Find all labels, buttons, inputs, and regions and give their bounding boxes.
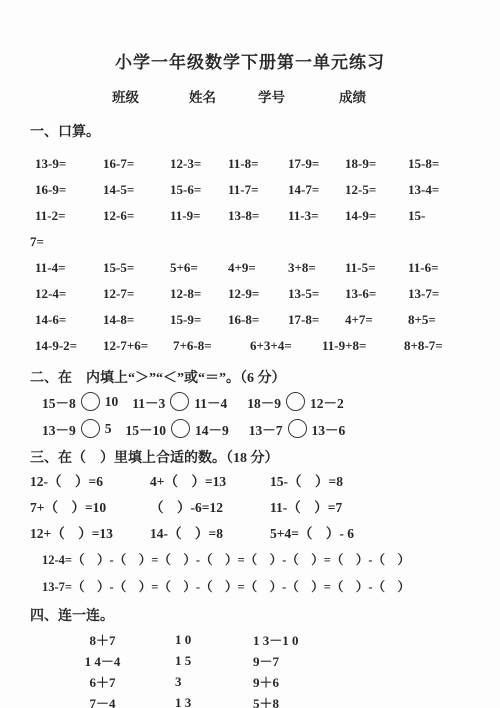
equation: 11-5= xyxy=(345,260,408,276)
comparison-left: 15－8 xyxy=(42,392,76,412)
match-left-item: 7－4 xyxy=(55,692,150,708)
equation: 8+5= xyxy=(408,312,500,328)
comparison-item: 11－3 11－4 xyxy=(132,392,227,412)
fill-blank-item: 7+（ ）=10 xyxy=(30,496,150,516)
page-title: 小学一年级数学下册第一单元练习 xyxy=(0,48,500,73)
equation: 13-5= xyxy=(288,286,345,302)
equation-row: 11-2= 12-6= 11-9= 13-8= 11-3= 14-9= 15- xyxy=(0,203,500,229)
fill-blank-item: 5+4=（ ）- 6 xyxy=(270,522,500,542)
comparison-circle xyxy=(81,392,100,411)
equation: 11-3= xyxy=(288,208,345,224)
equation: 12-4= xyxy=(35,286,103,302)
equation: 16-7= xyxy=(103,156,170,172)
equation: 16-8= xyxy=(228,312,288,328)
equation: 15-5= xyxy=(103,260,170,276)
fill-blank-item: 12-（ ）=6 xyxy=(30,470,150,490)
equation: 13-6= xyxy=(345,286,408,302)
equation: 18-9= xyxy=(345,156,408,172)
equation-row: 11-4= 15-5= 5+6= 4+9= 3+8= 11-5= 11-6= xyxy=(0,255,500,281)
match-middle-item: 1 0 xyxy=(150,629,235,650)
fill-blank-item: 15-（ ）=8 xyxy=(270,470,500,490)
fill-blank-chain: 12-4=（ ）-（ ）=（ ）-（ ）=（ ）-（ ）=（ ）-（ ） xyxy=(0,545,500,572)
name-label: 姓名 xyxy=(189,86,216,106)
comparison-right: 14－9 xyxy=(195,419,229,439)
equation: 7+6-8= xyxy=(173,338,250,354)
equation: 11-8= xyxy=(228,156,288,172)
comparison-item: 15－8 10 xyxy=(42,392,118,412)
equation: 11-7= xyxy=(228,182,288,198)
fill-blank-chain: 13-7=（ ）-（ ）=（ ）-（ ）=（ ）-（ ）=（ ）-（ ） xyxy=(0,572,500,599)
equation: 14-6= xyxy=(35,312,103,328)
comparison-right: 13－6 xyxy=(312,419,346,439)
equation: 14-7= xyxy=(288,182,345,198)
comparison-item: 13－9 5 xyxy=(42,419,112,439)
worksheet-page: 小学一年级数学下册第一单元练习 班级 姓名 学号 成绩 一、口算。 13-9= … xyxy=(0,0,500,708)
equation: 12-9= xyxy=(228,286,288,302)
equation: 3+8= xyxy=(288,260,345,276)
equation-row: 7= xyxy=(0,229,500,255)
comparison-right: 11－4 xyxy=(194,392,227,412)
equation: 13-8= xyxy=(228,208,288,224)
equation: 12-5= xyxy=(345,182,408,198)
comparison-circle xyxy=(171,419,190,438)
equation: 11-9= xyxy=(170,208,228,224)
fill-blank-item: 12+（ ）=13 xyxy=(30,522,150,542)
comparison-left: 15－10 xyxy=(126,419,167,439)
equation: 8+8-7= xyxy=(404,338,500,354)
comparison-right: 10 xyxy=(105,394,119,410)
section4-heading: 四、连一连。 xyxy=(0,605,500,625)
match-right-item: 9＋6 xyxy=(235,671,500,692)
comparison-circle xyxy=(170,392,189,411)
fill-blank-item: （ ）-6=12 xyxy=(150,496,270,516)
fill-blank-item: 11-（ ）=7 xyxy=(270,496,500,516)
oral-calculation-block: 13-9= 16-7= 12-3= 11-8= 17-9= 18-9= 15-8… xyxy=(0,151,500,359)
equation: 4+7= xyxy=(345,312,408,328)
student-number-label: 学号 xyxy=(258,86,285,106)
equation: 15-9= xyxy=(170,312,228,328)
comparison-left: 11－3 xyxy=(132,392,165,412)
equation: 14-5= xyxy=(103,182,170,198)
match-middle-item: 1 5 xyxy=(150,650,235,671)
match-left-item: 1 4－4 xyxy=(55,650,150,671)
fill-blank-item: 4+（ ）=13 xyxy=(150,470,270,490)
equation: 12-7= xyxy=(103,286,170,302)
equation: 14-9= xyxy=(345,208,408,224)
match-right-item: 9－7 xyxy=(235,650,500,671)
equation: 11-6= xyxy=(408,260,500,276)
class-label: 班级 xyxy=(112,86,139,106)
equation: 13-4= xyxy=(408,182,500,198)
equation: 12-7+6= xyxy=(103,338,173,354)
match-right-item: 1 3－1 0 xyxy=(235,629,500,650)
comparison-row: 13－9 5 15－10 14－9 13－7 13－6 xyxy=(0,416,500,441)
equation: 13-9= xyxy=(35,156,103,172)
equation: 6+3+4= xyxy=(250,338,322,354)
equation-row: 14-9-2= 12-7+6= 7+6-8= 6+3+4= 11-9+8= 8+… xyxy=(0,333,500,359)
comparison-left: 13－9 xyxy=(42,419,76,439)
match-left-item: 6＋7 xyxy=(55,671,150,692)
equation: 12-3= xyxy=(170,156,228,172)
equation: 11-9+8= xyxy=(322,338,404,354)
equation: 14-9-2= xyxy=(35,338,103,354)
equation-row: 16-9= 14-5= 15-6= 11-7= 14-7= 12-5= 13-4… xyxy=(0,177,500,203)
fill-blank-item: 14-（ ）=8 xyxy=(150,522,270,542)
equation: 12-8= xyxy=(170,286,228,302)
section2-heading: 二、在 内填上“＞”“＜”或“＝”。（6 分） xyxy=(0,367,500,387)
equation: 16-9= xyxy=(35,182,103,198)
equation-row: 12-4= 12-7= 12-8= 12-9= 13-5= 13-6= 13-7… xyxy=(0,281,500,307)
equation: 5+6= xyxy=(170,260,228,276)
comparison-item: 13－7 13－6 xyxy=(249,419,346,439)
equation: 11-2= xyxy=(35,208,103,224)
equation-row: 14-6= 14-8= 15-9= 16-8= 17-8= 4+7= 8+5= xyxy=(0,307,500,333)
student-info-row: 班级 姓名 学号 成绩 xyxy=(0,87,500,105)
comparison-left: 13－7 xyxy=(249,419,283,439)
comparison-item: 15－10 14－9 xyxy=(126,419,229,439)
comparison-right: 12－2 xyxy=(310,392,344,412)
equation: 15- xyxy=(408,208,500,224)
section1-heading: 一、口算。 xyxy=(0,121,500,141)
match-left-item: 8＋7 xyxy=(55,629,150,650)
equation: 17-9= xyxy=(288,156,345,172)
equation: 14-8= xyxy=(103,312,170,328)
section3-heading: 三、在（ ）里填上合适的数。（18 分） xyxy=(0,447,500,467)
comparison-circle xyxy=(286,392,305,411)
match-middle-item: 1 3 xyxy=(150,692,235,708)
fill-blank-row: 12-（ ）=6 4+（ ）=13 15-（ ）=8 xyxy=(0,467,500,493)
equation: 4+9= xyxy=(228,260,288,276)
equation: 12-6= xyxy=(103,208,170,224)
equation: 15-6= xyxy=(170,182,228,198)
match-middle-item: 3 xyxy=(150,671,235,692)
equation: 17-8= xyxy=(288,312,345,328)
score-label: 成绩 xyxy=(339,86,366,106)
comparison-left: 18－9 xyxy=(247,392,281,412)
matching-block: 8＋7 1 0 1 3－1 0 1 4－4 1 5 9－7 6＋7 3 9＋6 … xyxy=(55,629,500,708)
match-right-item: 5＋8 xyxy=(235,692,500,708)
comparison-circle xyxy=(81,419,100,438)
equation: 11-4= xyxy=(35,260,103,276)
comparison-row: 15－8 10 11－3 11－4 18－9 12－2 xyxy=(0,389,500,414)
fill-blank-row: 7+（ ）=10 （ ）-6=12 11-（ ）=7 xyxy=(0,493,500,519)
comparison-item: 18－9 12－2 xyxy=(247,392,344,412)
comparison-right: 5 xyxy=(105,421,112,437)
equation: 15-8= xyxy=(408,156,500,172)
equation-row: 13-9= 16-7= 12-3= 11-8= 17-9= 18-9= 15-8… xyxy=(0,151,500,177)
equation: 7= xyxy=(30,234,44,250)
fill-blank-row: 12+（ ）=13 14-（ ）=8 5+4=（ ）- 6 xyxy=(0,519,500,545)
comparison-circle xyxy=(288,419,307,438)
equation: 13-7= xyxy=(408,286,500,302)
